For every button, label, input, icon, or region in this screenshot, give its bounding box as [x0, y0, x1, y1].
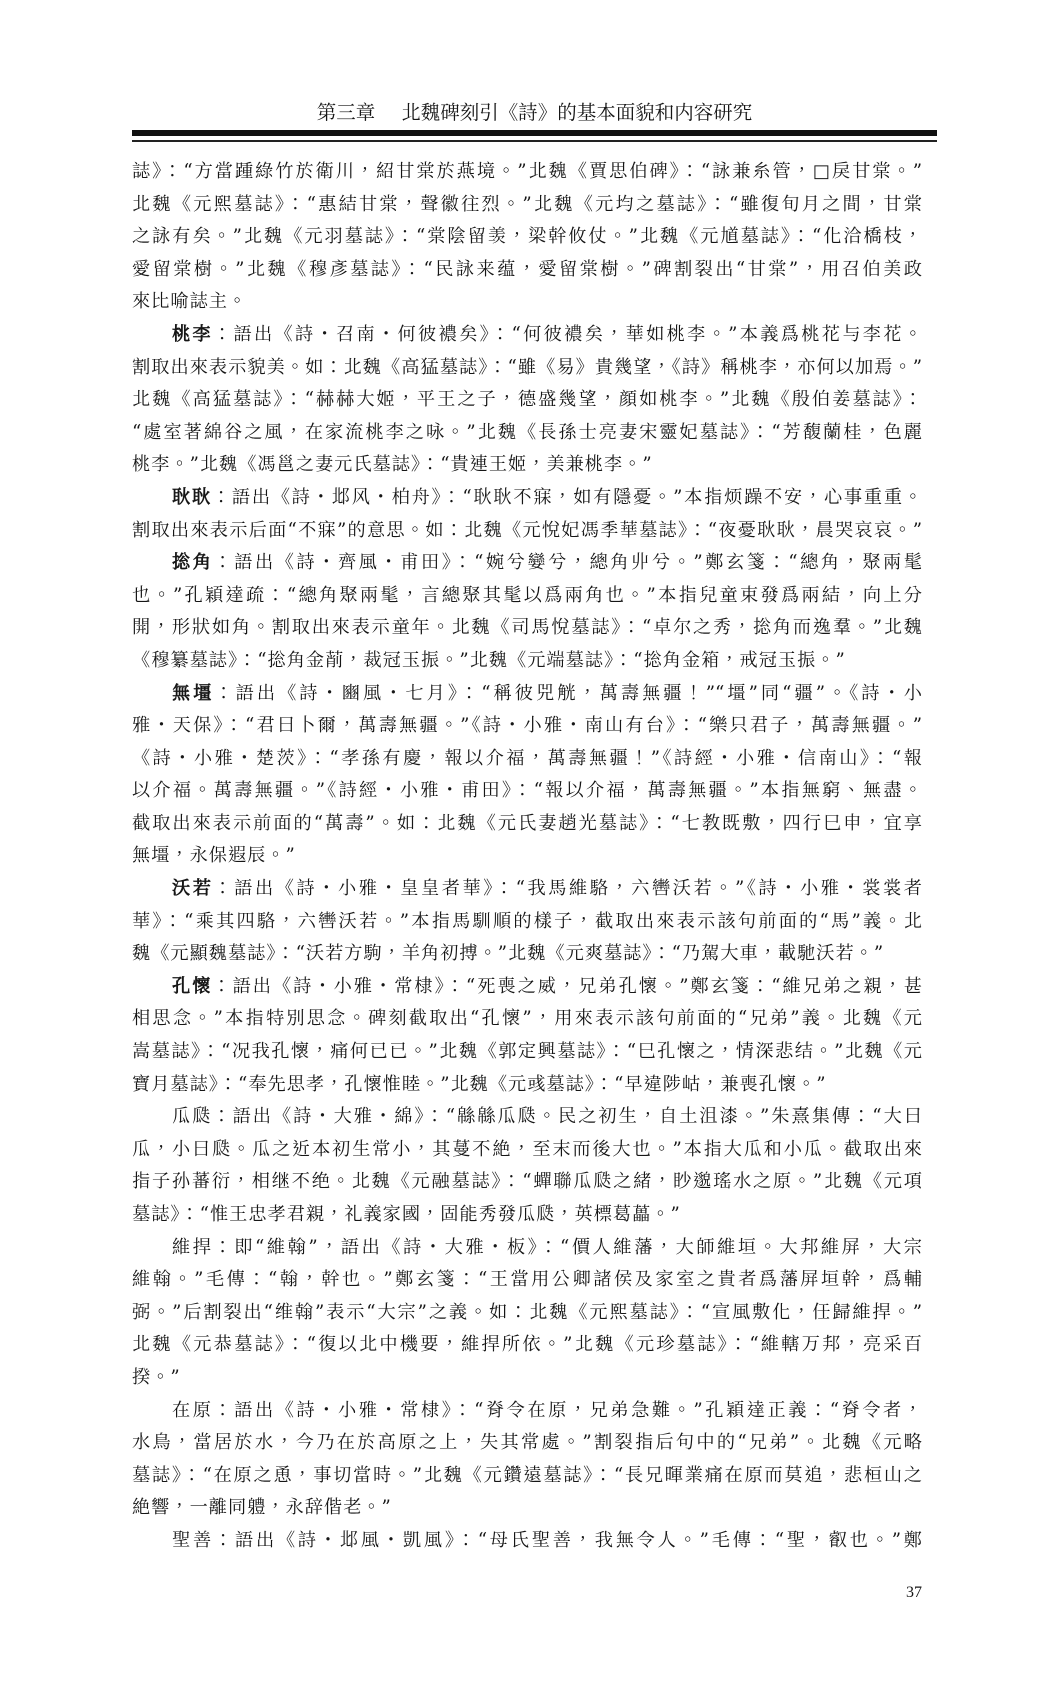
line-text: ：即“維翰”，語出《詩・大雅・板》：“價人維藩，大師維垣。大邦維屏，大宗: [214, 1237, 923, 1258]
paragraph-wujiang: 無壃：語出《詩・豳風・七月》：“稱彼兕觥，萬壽無疆！”“壃”同“疆”。《詩・小 …: [132, 678, 922, 874]
term-label: 在原: [172, 1400, 214, 1421]
text-line: 桃李：語出《詩・召南・何彼襛矣》：“何彼襛矣，華如桃李。”本義爲桃花与李花。: [132, 319, 922, 352]
paragraph-gantang-continued: 誌》：“方當踵綠竹於衛川，紹甘棠於燕境。”北魏《賈思伯碑》：“詠兼糸管，□戾甘棠…: [132, 156, 922, 319]
line-text: ：語出《詩・小雅・常棣》：“脊令在原，兄弟急難。”孔穎達正義：“脊令者，: [214, 1400, 923, 1421]
term-label: 維捍: [172, 1237, 214, 1258]
paragraph-shengshan: 聖善：語出《詩・邶風・凱風》：“母氏聖善，我無令人。”毛傳：“聖，叡也。”鄭: [132, 1525, 922, 1558]
line-text: ：語出《詩・召南・何彼襛矣》：“何彼襛矣，華如桃李。”本義爲桃花与李花。: [213, 324, 922, 345]
text-line: 墓誌》：“惟王忠孝君親，礼義家國，固能秀發瓜瓞，英標葛藟。”: [132, 1199, 922, 1232]
text-line: 來比喻誌主。: [132, 286, 922, 319]
text-line: 華》：“乘其四駱，六轡沃若。”本指馬馴順的樣子，截取出來表示該句前面的“馬”義。…: [132, 906, 922, 939]
text-line: 魏《元顯魏墓誌》：“沃若方駒，羊角初搏。”北魏《元爽墓誌》：“乃駕大車，載馳沃若…: [132, 938, 922, 971]
text-line: 在原：語出《詩・小雅・常棣》：“脊令在原，兄弟急難。”孔穎達正義：“脊令者，: [132, 1395, 922, 1428]
paragraph-zongjiao: 捴角：語出《詩・齊風・甫田》：“婉兮孌兮，總角丱兮。”鄭玄箋：“總角，聚兩髦 也…: [132, 547, 922, 677]
line-text: ：語出《詩・小雅・皇皇者華》：“我馬維駱，六轡沃若。”《詩・小雅・裳裳者: [214, 878, 922, 899]
text-line: 桃李。”北魏《馮邕之妻元氏墓誌》：“貴連王姬，美兼桃李。”: [132, 449, 922, 482]
line-text: ：語出《詩・齊風・甫田》：“婉兮孌兮，總角丱兮。”鄭玄箋：“總角，聚兩髦: [214, 552, 923, 573]
text-line: 北魏《高猛墓誌》：“赫赫大姬，平王之子，德盛幾望，顔如桃李。”北魏《殷伯姜墓誌》…: [132, 384, 922, 417]
term-label: 耿耿: [172, 487, 212, 508]
text-line: 水鳥，當居於水，今乃在於高原之上，失其常處。”割裂指后句中的“兄弟”。北魏《元略: [132, 1427, 922, 1460]
term-label: 捴角: [172, 552, 214, 573]
term-label: 孔懷: [172, 976, 212, 997]
text-line: 相思念。”本指特別思念。碑刻截取出“孔懷”，用來表示該句前面的“兄弟”義。北魏《…: [132, 1003, 922, 1036]
paragraph-konghuai: 孔懷：語出《詩・小雅・常棣》：“死喪之威，兄弟孔懷。”鄭玄箋：“維兄弟之親，甚 …: [132, 971, 922, 1101]
text-line: 聖善：語出《詩・邶風・凱風》：“母氏聖善，我無令人。”毛傳：“聖，叡也。”鄭: [132, 1525, 922, 1558]
text-line: 北魏《元恭墓誌》：“復以北中機要，維捍所依。”北魏《元珍墓誌》：“維轄万邦，亮采…: [132, 1329, 922, 1362]
body-text: 誌》：“方當踵綠竹於衛川，紹甘棠於燕境。”北魏《賈思伯碑》：“詠兼糸管，□戾甘棠…: [132, 156, 922, 1558]
paragraph-guadie: 瓜瓞：語出《詩・大雅・綿》：“緜緜瓜瓞。民之初生，自土沮漆。”朱熹集傳：“大曰 …: [132, 1101, 922, 1231]
text-line: 北魏《元熙墓誌》：“惠結甘棠，聲徽往烈。”北魏《元均之墓誌》：“雖復旬月之間，甘…: [132, 189, 922, 222]
paragraph-genggeng: 耿耿：語出《詩・邶风・柏舟》：“耿耿不寐，如有隱憂。”本指烦躁不安，心事重重。 …: [132, 482, 922, 547]
text-line: 瓜，小曰瓞。瓜之近本初生常小，其蔓不絶，至末而後大也。”本指大瓜和小瓜。截取出來: [132, 1134, 922, 1167]
text-line: 無壃：語出《詩・豳風・七月》：“稱彼兕觥，萬壽無疆！”“壃”同“疆”。《詩・小: [132, 678, 922, 711]
header-rule-thick: [132, 130, 937, 136]
text-line: 弼。”后割裂出“维翰”表示“大宗”之義。如：北魏《元熙墓誌》：“宣風敷化，任歸維…: [132, 1297, 922, 1330]
text-line: “處室著綿谷之風，在家流桃李之咏。”北魏《長孫士亮妻宋靈妃墓誌》：“芳馥蘭桂，色…: [132, 417, 922, 450]
line-text: ：語出《詩・小雅・常棣》：“死喪之威，兄弟孔懷。”鄭玄箋：“維兄弟之親，甚: [212, 976, 922, 997]
text-line: 割取出來表示貌美。如：北魏《高猛墓誌》：“雖《易》貴幾望，《詩》稱桃李，亦何以加…: [132, 352, 922, 385]
text-line: 墓誌》：“在原之恿，事切當時。”北魏《元鑽遠墓誌》：“長兄暉業痛在原而莫追，悲桓…: [132, 1460, 922, 1493]
text-line: 寶月墓誌》：“奉先思孝，孔懷惟睦。”北魏《元彧墓誌》：“早違陟岵，兼喪孔懷。”: [132, 1069, 922, 1102]
text-line: 雅・天保》：“君曰卜爾，萬壽無疆。”《詩・小雅・南山有台》：“樂只君子，萬壽無疆…: [132, 710, 922, 743]
text-line: 維捍：即“維翰”，語出《詩・大雅・板》：“價人維藩，大師維垣。大邦維屏，大宗: [132, 1232, 922, 1265]
text-line: 割取出來表示后面“不寐”的意思。如：北魏《元悅妃馮季華墓誌》：“夜憂耿耿，晨哭哀…: [132, 515, 922, 548]
line-text: ：語出《詩・邶風・凱風》：“母氏聖善，我無令人。”毛傳：“聖，叡也。”鄭: [214, 1530, 922, 1551]
text-line: 絶響，一離同軆，永辞偕老。”: [132, 1492, 922, 1525]
text-line: 截取出來表示前面的“萬壽”。如：北魏《元氏妻趙光墓誌》：“七教既敷，四行巳申，宜…: [132, 808, 922, 841]
text-line: 《穆纂墓誌》：“捴角金萷，裁冠玉振。”北魏《元端墓誌》：“捴角金箱，戒冠玉振。”: [132, 645, 922, 678]
text-line: 無壃，永保遐辰。”: [132, 840, 922, 873]
chapter-label: 第三章: [317, 100, 376, 126]
text-line: 揆。”: [132, 1362, 922, 1395]
text-line: 沃若：語出《詩・小雅・皇皇者華》：“我馬維駱，六轡沃若。”《詩・小雅・裳裳者: [132, 873, 922, 906]
text-line: 孔懷：語出《詩・小雅・常棣》：“死喪之威，兄弟孔懷。”鄭玄箋：“維兄弟之親，甚: [132, 971, 922, 1004]
text-line: 瓜瓞：語出《詩・大雅・綿》：“緜緜瓜瓞。民之初生，自土沮漆。”朱熹集傳：“大曰: [132, 1101, 922, 1134]
text-line: 誌》：“方當踵綠竹於衛川，紹甘棠於燕境。”北魏《賈思伯碑》：“詠兼糸管，□戾甘棠…: [132, 156, 922, 189]
term-label: 沃若: [172, 878, 214, 899]
term-label: 聖善: [172, 1530, 214, 1551]
term-label: 瓜瓞: [172, 1106, 212, 1127]
header-rule-thin: [132, 140, 937, 142]
paragraph-weihan: 維捍：即“維翰”，語出《詩・大雅・板》：“價人維藩，大師維垣。大邦維屏，大宗 維…: [132, 1232, 922, 1395]
text-line: 耿耿：語出《詩・邶风・柏舟》：“耿耿不寐，如有隱憂。”本指烦躁不安，心事重重。: [132, 482, 922, 515]
text-line: 愛留棠樹。”北魏《穆彥墓誌》：“民詠来蕴，愛留棠樹。”碑割裂出“甘棠”，用召伯美…: [132, 254, 922, 287]
text-line: 之詠有矣。”北魏《元羽墓誌》：“棠陰留羡，梁幹攸仗。”北魏《元馗墓誌》：“化洽橋…: [132, 221, 922, 254]
paragraph-zaiyuan: 在原：語出《詩・小雅・常棣》：“脊令在原，兄弟急難。”孔穎達正義：“脊令者， 水…: [132, 1395, 922, 1525]
running-head: 第三章 北魏碑刻引《詩》的基本面貌和内容研究: [132, 100, 937, 126]
paragraph-taoli: 桃李：語出《詩・召南・何彼襛矣》：“何彼襛矣，華如桃李。”本義爲桃花与李花。 割…: [132, 319, 922, 482]
text-line: 以介福。萬壽無疆。”《詩經・小雅・甫田》：“報以介福，萬壽無疆。”本指無窮、無盡…: [132, 775, 922, 808]
text-line: 維翰。”毛傳：“翰，幹也。”鄭玄箋：“王當用公卿諸侯及家室之貴者爲藩屏垣幹，爲輔: [132, 1264, 922, 1297]
line-text: ：語出《詩・大雅・綿》：“緜緜瓜瓞。民之初生，自土沮漆。”朱熹集傳：“大曰: [212, 1106, 922, 1127]
paragraph-woruo: 沃若：語出《詩・小雅・皇皇者華》：“我馬維駱，六轡沃若。”《詩・小雅・裳裳者 華…: [132, 873, 922, 971]
text-line: 開，形狀如角。割取出來表示童年。北魏《司馬悅墓誌》：“卓尔之秀，捴角而逸羣。”北…: [132, 612, 922, 645]
text-line: 指子孙蕃衍，相继不绝。北魏《元融墓誌》：“蟬聯瓜瓞之緒，眇邈瑤水之原。”北魏《元…: [132, 1166, 922, 1199]
term-label: 無壃: [172, 683, 214, 704]
term-label: 桃李: [172, 324, 213, 345]
line-text: ：語出《詩・豳風・七月》：“稱彼兕觥，萬壽無疆！”“壃”同“疆”。《詩・小: [214, 683, 922, 704]
chapter-title: 北魏碑刻引《詩》的基本面貌和内容研究: [401, 100, 752, 126]
text-line: 也。”孔穎達疏：“總角聚兩髦，言總聚其髦以爲兩角也。”本指兒童束發爲兩結，向上分: [132, 580, 922, 613]
page-number: 37: [906, 1582, 922, 1604]
line-text: ：語出《詩・邶风・柏舟》：“耿耿不寐，如有隱憂。”本指烦躁不安，心事重重。: [212, 487, 922, 508]
text-line: 捴角：語出《詩・齊風・甫田》：“婉兮孌兮，總角丱兮。”鄭玄箋：“總角，聚兩髦: [132, 547, 922, 580]
text-line: 嵩墓誌》：“况我孔懷，痛何已已。”北魏《郭定興墓誌》：“巳孔懷之，情深悲结。”北…: [132, 1036, 922, 1069]
text-line: 《詩・小雅・楚茨》：“孝孫有慶，報以介福，萬壽無疆！”《詩經・小雅・信南山》：“…: [132, 743, 922, 776]
